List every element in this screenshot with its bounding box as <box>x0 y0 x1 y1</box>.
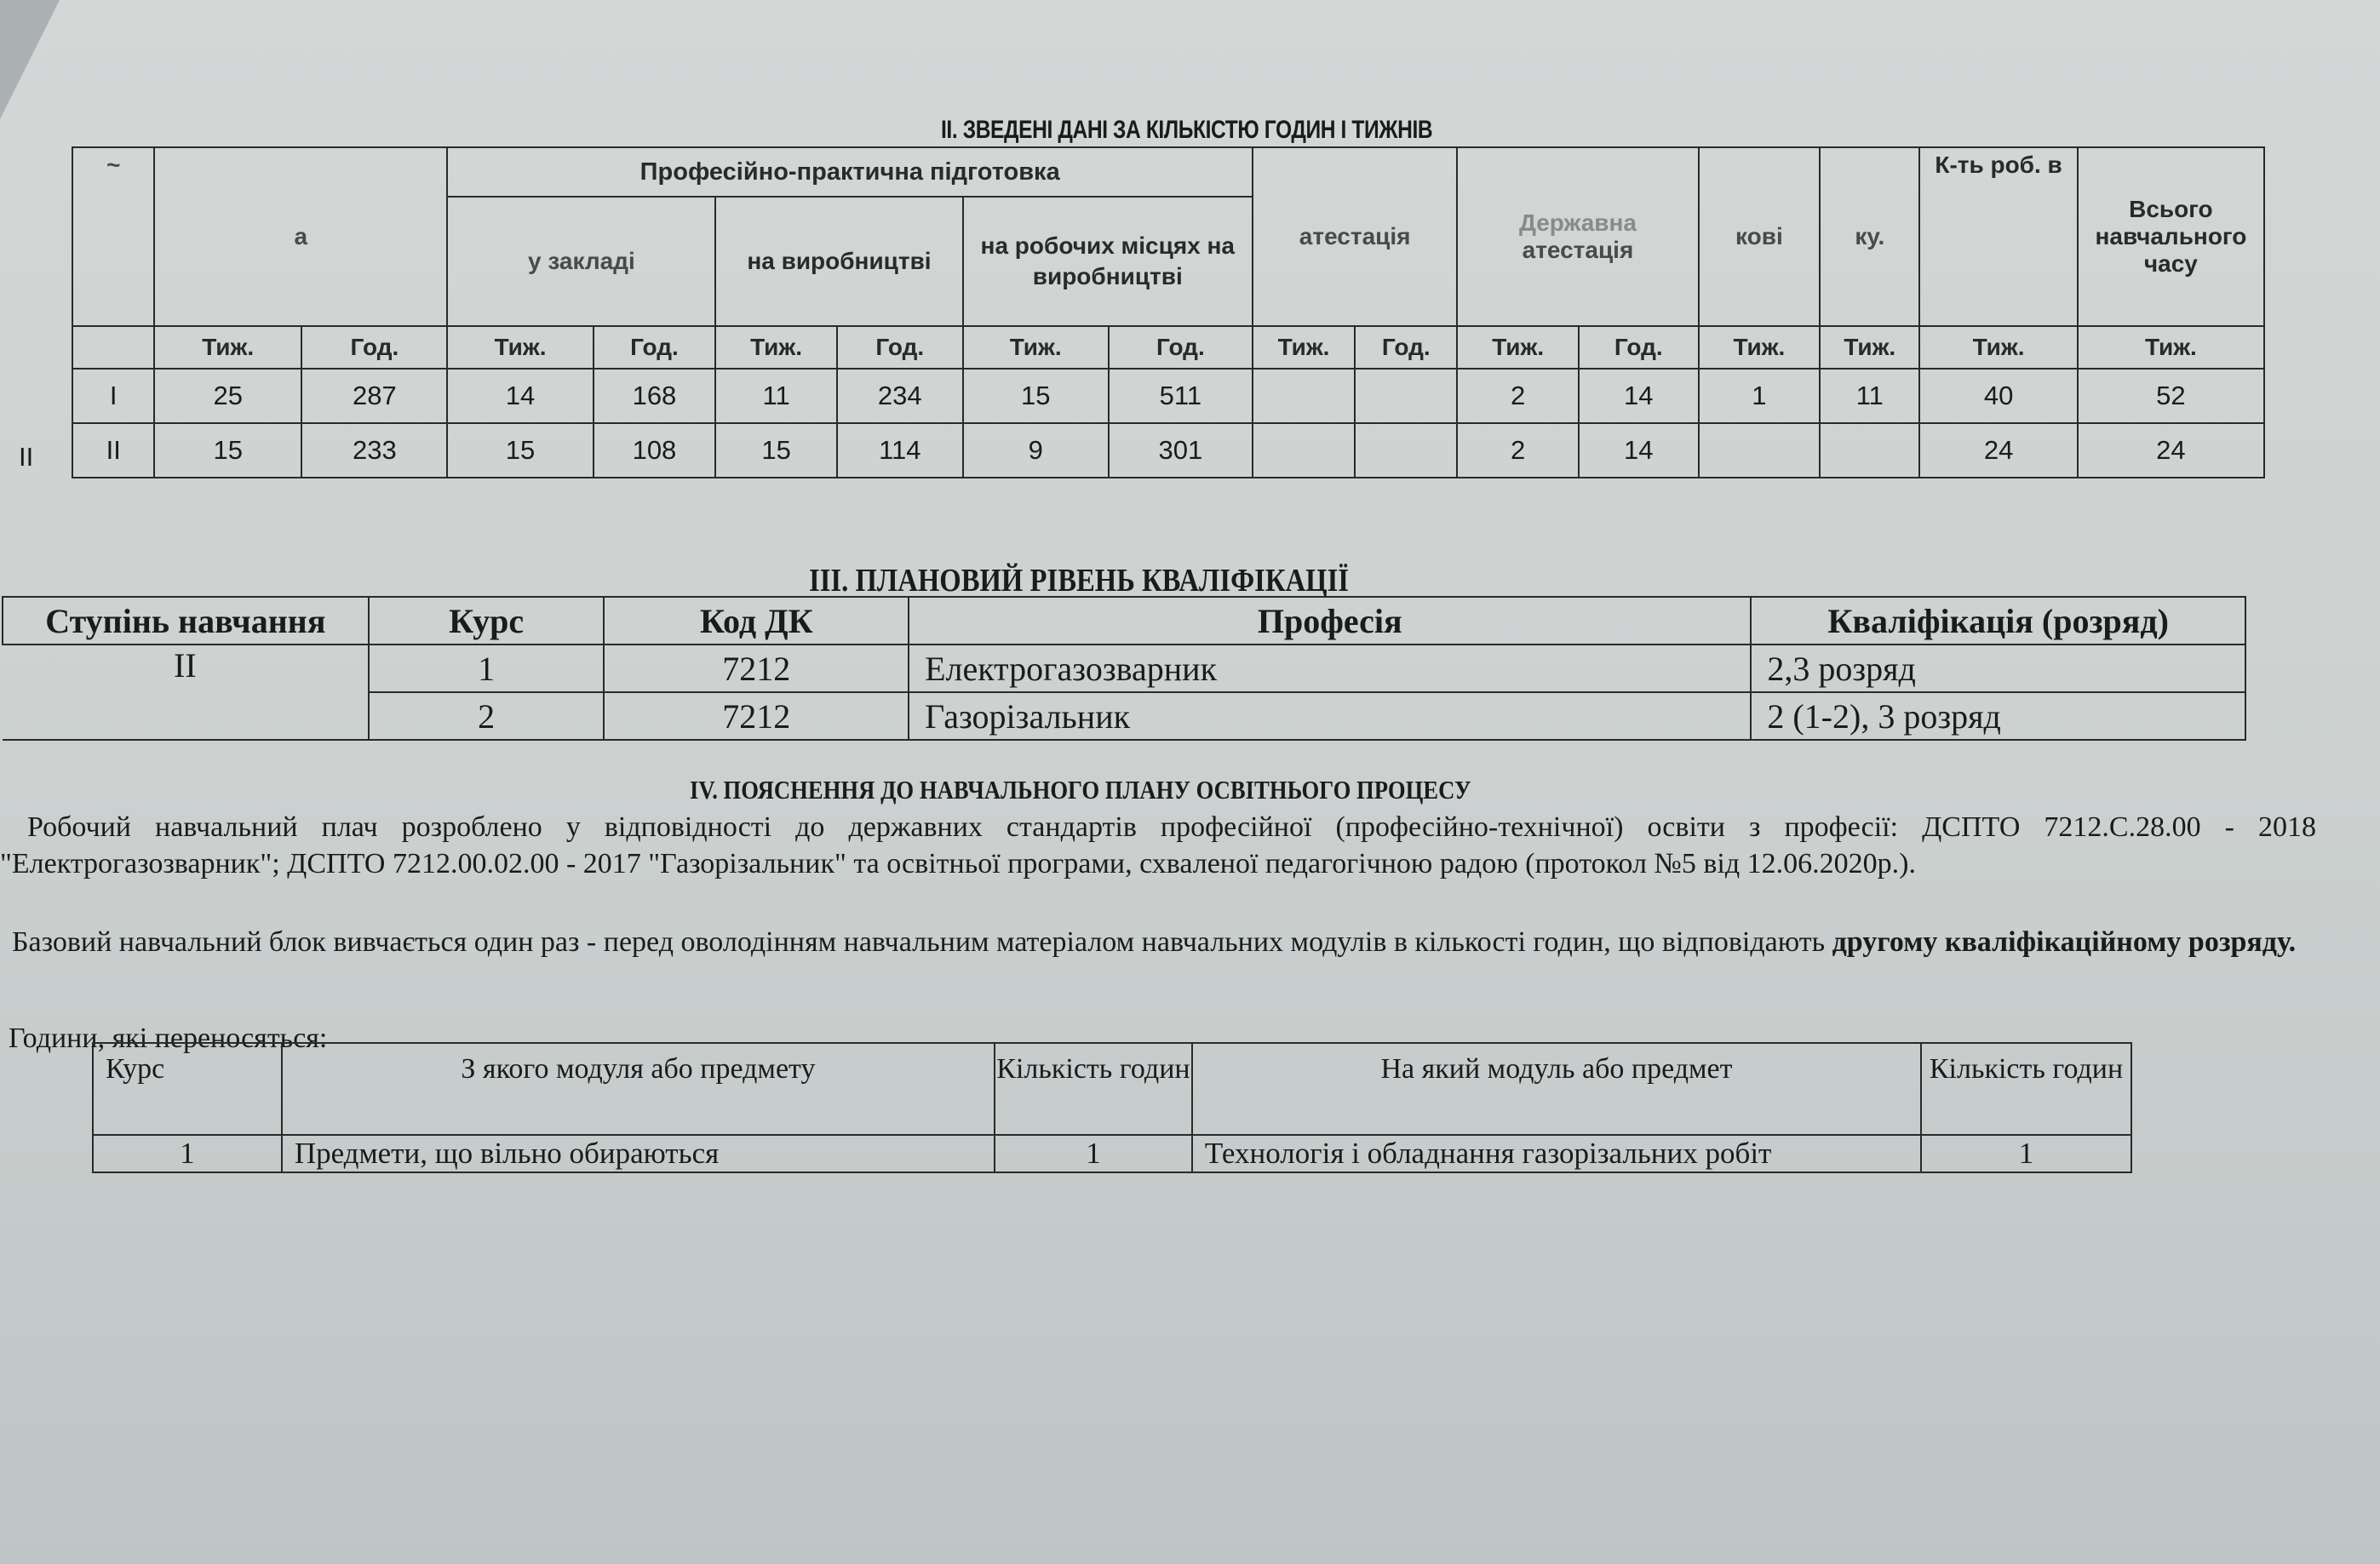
header-course-col: ~ <box>72 147 154 326</box>
value-cell: 11 <box>715 369 837 423</box>
header-state-attestation: Державна атестація <box>1457 147 1698 326</box>
value-cell <box>1355 423 1457 478</box>
value-cell: 234 <box>837 369 963 423</box>
value-cell: 24 <box>2078 423 2264 478</box>
value-cell: 15 <box>447 423 593 478</box>
hours-weeks-summary-table: ~ а Професійно-практична підготовка атес… <box>10 146 2265 478</box>
header-from-hours: Кількість годин <box>995 1043 1192 1135</box>
header-profession: Професія <box>909 597 1751 645</box>
header-study-level: Ступінь навчання <box>3 597 369 645</box>
header-course: Курс <box>369 597 605 645</box>
section-2-title: II. ЗВЕДЕНІ ДАНІ ЗА КІЛЬКІСТЮ ГОДИН І ТИ… <box>941 116 1432 145</box>
course-cell: II <box>72 423 154 478</box>
value-cell: 14 <box>1579 369 1699 423</box>
summary-row: I252871416811234155112141114052 <box>10 369 2264 423</box>
header-total-time: Всього навчального часу <box>2078 147 2264 326</box>
page-corner-shadow <box>0 0 60 119</box>
unit-hours: Год. <box>1109 326 1253 369</box>
unit-hours: Год. <box>594 326 716 369</box>
value-cell: 14 <box>1579 423 1699 478</box>
unit-weeks: Тиж. <box>1919 326 2077 369</box>
unit-weeks: Тиж. <box>1699 326 1821 369</box>
unit-weeks: Тиж. <box>715 326 837 369</box>
code-cell: 7212 <box>604 692 909 740</box>
code-cell: 7212 <box>604 645 909 692</box>
course-cell: I <box>72 369 154 423</box>
level-cell: II <box>10 423 72 478</box>
header-workers-count: К-ть роб. в <box>1919 147 2077 326</box>
header-level-col <box>10 147 72 326</box>
value-cell: 233 <box>301 423 447 478</box>
unit-hours: Год. <box>301 326 447 369</box>
from-module-cell: Предмети, що вільно обираються <box>282 1135 995 1172</box>
value-cell: 2 <box>1457 423 1579 478</box>
course-cell: 2 <box>369 692 605 740</box>
explanation-paragraph-1: Робочий навчальний плач розроблено у від… <box>0 809 2316 882</box>
value-cell: 168 <box>594 369 716 423</box>
profession-cell: Газорізальник <box>909 692 1751 740</box>
unit-weeks: Тиж. <box>154 326 301 369</box>
qualification-level-table: Ступінь навчання Курс Код ДК Професія Кв… <box>2 596 2246 741</box>
value-cell: 2 <box>1457 369 1579 423</box>
unit-weeks: Тиж. <box>1820 326 1919 369</box>
unit-hours: Год. <box>1355 326 1457 369</box>
header-to-module: На який модуль або предмет <box>1192 1043 1921 1135</box>
from-hours-cell: 1 <box>995 1135 1192 1172</box>
transferred-hours-table: Курс З якого модуля або предмету Кількіс… <box>92 1042 2132 1173</box>
header-in-institution: у закладі <box>447 197 715 326</box>
unit-spacer <box>72 326 154 369</box>
value-cell <box>1253 423 1355 478</box>
value-cell: 9 <box>963 423 1109 478</box>
paragraph-2-emphasis: другому кваліфікаційному розряду. <box>1832 926 2296 958</box>
value-cell: 511 <box>1109 369 1253 423</box>
value-cell <box>1699 423 1821 478</box>
unit-weeks: Тиж. <box>1253 326 1355 369</box>
value-cell: 40 <box>1919 369 2077 423</box>
header-at-workplaces: на робочих місцях на виробництві <box>963 197 1253 326</box>
unit-weeks: Тиж. <box>1457 326 1579 369</box>
value-cell <box>1355 369 1457 423</box>
unit-spacer <box>10 326 72 369</box>
paragraph-2-text: Базовий навчальний блок вивчається один … <box>12 926 1832 958</box>
header-attestation-1: атестація <box>1253 147 1457 326</box>
unit-hours: Год. <box>1579 326 1699 369</box>
value-cell: 11 <box>1820 369 1919 423</box>
value-cell: 52 <box>2078 369 2264 423</box>
value-cell: 287 <box>301 369 447 423</box>
qualification-cell: 2,3 розряд <box>1751 645 2245 692</box>
header-to-hours: Кількість годин <box>1921 1043 2131 1135</box>
value-cell: 301 <box>1109 423 1253 478</box>
header-course: Курс <box>93 1043 282 1135</box>
qualification-cell: 2 (1-2), 3 розряд <box>1751 692 2245 740</box>
course-cell: 1 <box>369 645 605 692</box>
value-cell: 15 <box>154 423 301 478</box>
section-4-title: IV. ПОЯСНЕННЯ ДО НАВЧАЛЬНОГО ПЛАНУ ОСВІТ… <box>690 775 1471 805</box>
value-cell: 15 <box>715 423 837 478</box>
to-module-cell: Технологія і обладнання газорізальних ро… <box>1192 1135 1921 1172</box>
value-cell: 108 <box>594 423 716 478</box>
unit-hours: Год. <box>837 326 963 369</box>
explanation-paragraph-2: Базовий навчальний блок вивчається один … <box>0 924 2316 960</box>
header-theory: а <box>154 147 447 326</box>
summary-row: IIII15233151081511493012142424 <box>10 423 2264 478</box>
header-from-module: З якого модуля або предмету <box>282 1043 995 1135</box>
header-state-attestation-label: атестація <box>1458 237 1697 264</box>
level-cell <box>10 369 72 423</box>
value-cell: 24 <box>1919 423 2077 478</box>
header-code: Код ДК <box>604 597 909 645</box>
header-holidays: кові <box>1699 147 1821 326</box>
header-in-production: на виробництві <box>715 197 962 326</box>
unit-weeks: Тиж. <box>447 326 593 369</box>
header-state-attestation-top: Державна <box>1458 209 1697 237</box>
value-cell <box>1820 423 1919 478</box>
value-cell: 114 <box>837 423 963 478</box>
unit-weeks: Тиж. <box>963 326 1109 369</box>
value-cell: 25 <box>154 369 301 423</box>
header-qualification: Кваліфікація (розряд) <box>1751 597 2245 645</box>
value-cell: 14 <box>447 369 593 423</box>
study-level-cell: II <box>3 645 369 740</box>
value-cell: 15 <box>963 369 1109 423</box>
course-cell: 1 <box>93 1135 282 1172</box>
section-3-title: III. ПЛАНОВИЙ РІВЕНЬ КВАЛІФІКАЦІЇ <box>809 562 1349 599</box>
value-cell <box>1253 369 1355 423</box>
header-professional-practical-training: Професійно-практична підготовка <box>447 147 1252 197</box>
to-hours-cell: 1 <box>1921 1135 2131 1172</box>
profession-cell: Електрогазозварник <box>909 645 1751 692</box>
unit-weeks: Тиж. <box>2078 326 2264 369</box>
value-cell: 1 <box>1699 369 1821 423</box>
header-holidays-2: ку. <box>1820 147 1919 326</box>
